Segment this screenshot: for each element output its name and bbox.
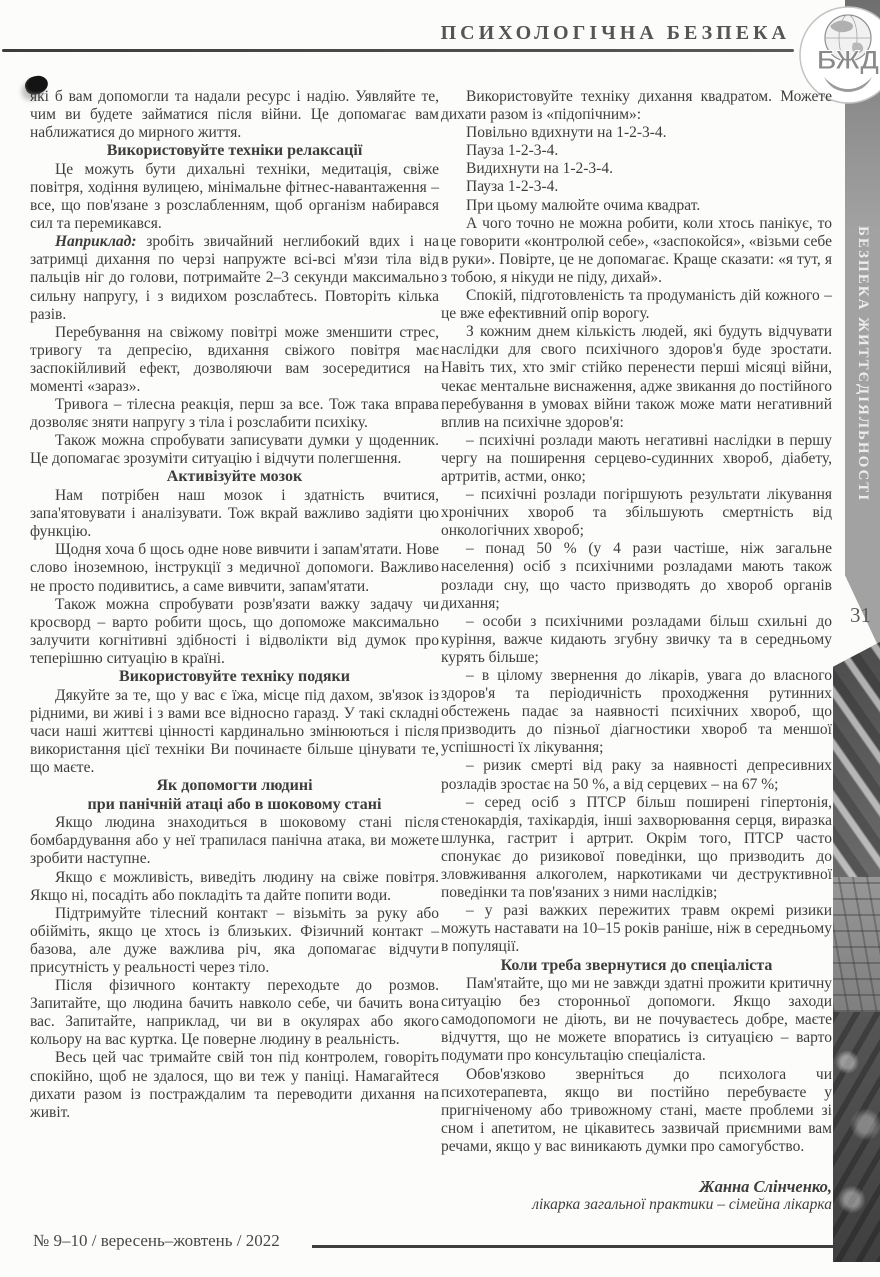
paragraph: З кожним днем кількість людей, які будут… [441, 323, 832, 432]
paragraph: – понад 50 % (у 4 рази частіше, ніж зага… [441, 540, 832, 612]
paragraph: – ризик смерті від раку за наявності деп… [441, 757, 832, 793]
section-heading: Як допомогти людині при панічній атаці а… [30, 777, 439, 814]
photo-strip [833, 642, 880, 1262]
paragraph: Використовуйте техніку дихання квадратом… [441, 88, 832, 124]
article-left-column: які б вам допомогли та надали ресурс і н… [30, 88, 439, 1122]
section-heading: Активізуйте мозок [30, 468, 439, 487]
list-line: Пауза 1-2-3-4. [441, 178, 832, 196]
paragraph: Дякуйте за те, що у вас є їжа, місце під… [30, 687, 439, 777]
paragraph: Після фізичного контакту переходьте до р… [30, 977, 439, 1049]
ribbon-label: БЕЗПЕКА ЖИТТЄДІЯЛЬНОСТІ [854, 226, 871, 502]
list-line: Видихнути на 1-2-3-4. [441, 160, 832, 178]
section-heading: Використовуйте техніки релаксації [30, 142, 439, 161]
paragraph: Тривога – тілесна реакція, перш за все. … [30, 396, 439, 432]
paragraph: Пам'ятайте, що ми не завжди здатні прожи… [441, 975, 832, 1065]
list-line: Пауза 1-2-3-4. [441, 142, 832, 160]
author-name: Жанна Слінченко, [441, 1178, 832, 1196]
paragraph: Також можна спробувати розв'язати важку … [30, 596, 439, 668]
magazine-page: ПСИХОЛОГІЧНА БЕЗПЕКА БЕЗПЕКА ЖИТТЄДІЯЛЬН… [0, 0, 880, 1277]
photo-segment-grid [833, 877, 880, 1012]
paragraph: А чого точно не можна робити, коли хтось… [441, 215, 832, 287]
paragraph: – психічні розлади погіршують результати… [441, 486, 832, 540]
footer-rule [312, 1245, 835, 1248]
list-line: Повільно вдихнути на 1-2-3-4. [441, 124, 832, 142]
paragraph: Якщо є можливість, виведіть людину на св… [30, 869, 439, 905]
header-rule [2, 49, 794, 52]
paragraph-lead: Наприклад: [55, 233, 146, 250]
page-header-title: ПСИХОЛОГІЧНА БЕЗПЕКА [420, 22, 790, 45]
photo-segment-dark [833, 1012, 880, 1262]
left-column-blocks: які б вам допомогли та надали ресурс і н… [30, 88, 439, 1122]
paragraph: які б вам допомогли та надали ресурс і н… [30, 88, 439, 142]
paragraph: – серед осіб з ПТСР більш поширені гіпер… [441, 794, 832, 903]
paragraph: Це можуть бути дихальні техніки, медитац… [30, 161, 439, 233]
paragraph: Обов'язково зверніться до психолога чи п… [441, 1066, 832, 1156]
paragraph: Якщо людина знаходиться в шоковому стані… [30, 814, 439, 868]
list-line: При цьому малюйте очима квадрат. [441, 197, 832, 215]
section-heading: Використовуйте техніку подяки [30, 668, 439, 687]
page-number: 31 [850, 603, 871, 628]
paragraph: Спокій, підготовленість та продуманість … [441, 287, 832, 323]
paragraph: Наприклад: зробіть звичайний неглибокий … [30, 233, 439, 323]
paragraph: – особи з психічними розладами більш схи… [441, 613, 832, 667]
author-signature: Жанна Слінченко, лікарка загальної практ… [441, 1178, 832, 1214]
paragraph: – психічні розлади мають негативні наслі… [441, 432, 832, 486]
paragraph: Також можна спробувати записувати думки … [30, 432, 439, 468]
right-column-blocks: Використовуйте техніку дихання квадратом… [441, 88, 832, 1156]
author-role: лікарка загальної практики – сімейна лік… [441, 1196, 832, 1214]
paragraph: Щодня хоча б щось одне нове вивчити і за… [30, 541, 439, 595]
paragraph: – в цілому звернення до лікарів, увага д… [441, 667, 832, 757]
paragraph: Перебування на свіжому повітрі може змен… [30, 324, 439, 396]
footer-issue-info: № 9–10 / вересень–жовтень / 2022 [33, 1231, 280, 1251]
paragraph: Нам потрібен наш мозок і здатність вчити… [30, 487, 439, 541]
photo-segment-rays [833, 642, 880, 877]
logo-text: БЖД [817, 45, 879, 75]
paragraph: Весь цей час тримайте свій тон під контр… [30, 1049, 439, 1121]
section-heading: Коли треба звернутися до спеціаліста [441, 957, 832, 976]
article-right-column: Використовуйте техніку дихання квадратом… [441, 88, 832, 1214]
paragraph: – у разі важких пережитих травм окремі р… [441, 902, 832, 956]
paragraph: Підтримуйте тілесний контакт – візьміть … [30, 905, 439, 977]
